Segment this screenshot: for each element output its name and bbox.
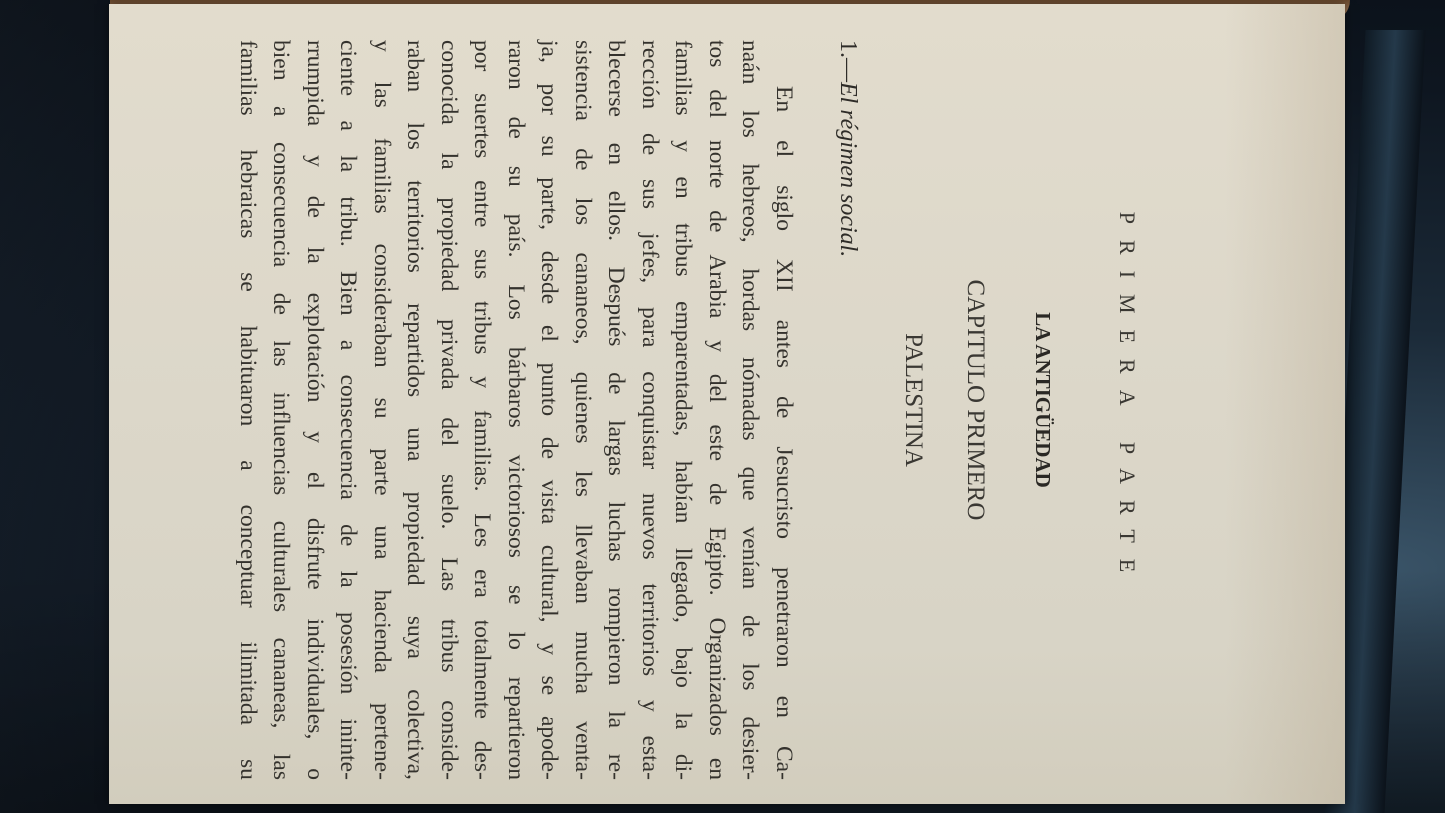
word: venta- <box>566 721 600 780</box>
word: rompieron <box>599 587 633 685</box>
text-line: conocidalapropiedadprivadadelsuelo.Lastr… <box>432 40 466 780</box>
word: o <box>298 768 332 780</box>
word: tribus <box>666 223 700 277</box>
word: desde <box>532 251 566 305</box>
word: y <box>700 340 734 352</box>
word: Los <box>499 285 533 320</box>
word: Después <box>599 267 633 347</box>
text-line: cientealatribu.Bienaconsecuenciadelapose… <box>331 40 365 780</box>
word: a <box>331 340 365 350</box>
word: familias <box>365 138 399 214</box>
word: nuevos <box>633 493 667 560</box>
word: la <box>331 571 365 588</box>
word: país. <box>499 214 533 258</box>
word: del <box>700 374 734 403</box>
word: di- <box>666 754 700 780</box>
word: el <box>767 140 801 157</box>
word: su <box>365 398 399 419</box>
word: ininte- <box>331 719 365 780</box>
word: a <box>231 460 265 470</box>
word: habían <box>666 461 700 524</box>
word: familias <box>231 40 265 116</box>
text-line: reccióndesusjefes,paraconquistarnuevoste… <box>633 40 667 780</box>
word: entre <box>465 180 499 227</box>
word: de <box>599 372 633 394</box>
word: totalmente <box>465 620 499 719</box>
word: Arabia <box>700 254 734 318</box>
text-line: ja,porsuparte,desdeelpuntodevistacultura… <box>532 40 566 780</box>
word: influencias <box>264 392 298 495</box>
text-line: porsuertesentresustribusyfamilias.Lesera… <box>465 40 499 780</box>
word: suya <box>398 616 432 659</box>
word: de <box>733 615 767 637</box>
word: por <box>532 84 566 115</box>
word: llevaban <box>566 524 600 604</box>
word: norte <box>700 140 734 188</box>
word: las <box>365 82 399 108</box>
word: los <box>733 110 767 137</box>
word: los <box>566 198 600 225</box>
word: de <box>298 196 332 218</box>
word: familias. <box>465 410 499 492</box>
word: posesión <box>331 612 365 694</box>
word: y <box>365 40 399 52</box>
word: suertes <box>465 93 499 158</box>
word: ilimitada <box>231 642 265 726</box>
word: Les <box>465 513 499 547</box>
word: desier- <box>733 716 767 779</box>
word: del <box>700 89 734 118</box>
word: Ca- <box>767 746 801 780</box>
word: Bien <box>331 271 365 315</box>
word: los <box>398 122 432 149</box>
word: Organizados <box>700 618 734 736</box>
word: Las <box>432 557 466 591</box>
word: antes <box>767 320 801 368</box>
word: bárbaros <box>499 347 533 428</box>
word: en <box>666 176 700 198</box>
word: En <box>767 86 801 112</box>
word: una <box>398 427 432 461</box>
word: ciente <box>331 40 365 96</box>
word: para <box>633 307 667 347</box>
word: conside- <box>432 700 466 780</box>
word: la <box>599 711 633 728</box>
word: la <box>666 712 700 729</box>
word: cananeos, <box>566 252 600 344</box>
word: por <box>465 40 499 71</box>
subheading-title: El régimen social. <box>835 82 861 257</box>
word: mucha <box>566 631 600 694</box>
subheading-number: 1.— <box>835 40 861 82</box>
word: rección <box>633 40 667 109</box>
word: quienes <box>566 372 600 444</box>
word: de <box>331 524 365 546</box>
word: pertene- <box>365 703 399 780</box>
word: se <box>532 676 566 696</box>
word: tribus <box>465 301 499 355</box>
word: rrumpida <box>298 40 332 126</box>
word: el <box>532 325 566 342</box>
word: las <box>264 340 298 366</box>
word: bajo <box>666 647 700 687</box>
word: repartieron <box>499 677 533 780</box>
word: lo <box>499 632 533 650</box>
word: emparentadas, <box>666 301 700 436</box>
word: tos <box>700 40 734 67</box>
word: en <box>767 696 801 718</box>
word: llegado, <box>666 548 700 623</box>
word: conceptuar <box>231 505 265 608</box>
word: una <box>365 526 399 560</box>
word: explotación <box>298 293 332 403</box>
word: de <box>767 396 801 418</box>
word: de <box>499 117 533 139</box>
word: sus <box>465 249 499 279</box>
word: colectiva, <box>398 689 432 780</box>
word: privada <box>432 319 466 389</box>
section-title: LA ANTIGÜEDAD <box>1030 24 1055 776</box>
word: las <box>264 754 298 780</box>
word: Jesucristo <box>767 446 801 539</box>
word: ellos. <box>599 191 633 241</box>
word: cananeas, <box>264 638 298 729</box>
word: la <box>432 153 466 170</box>
word: de <box>700 210 734 232</box>
word: de <box>633 133 667 155</box>
word: su <box>499 166 533 187</box>
part-title: PRIMERA PARTE <box>1114 24 1140 776</box>
word: su <box>231 759 265 780</box>
word: a <box>264 106 298 116</box>
word: jefes, <box>633 233 667 283</box>
word: de <box>532 437 566 459</box>
word: habituaron <box>231 326 265 427</box>
word: y <box>298 431 332 443</box>
chapter-subtitle: PALESTINA <box>899 24 927 776</box>
word: des- <box>465 741 499 780</box>
text-line: bienaconsecuenciadelasinfluenciascultura… <box>264 40 298 780</box>
word: victoriosos <box>499 455 533 558</box>
word: sus <box>633 179 667 209</box>
word: la <box>331 155 365 172</box>
word: hebreos, <box>733 164 767 243</box>
text-line: familiasyentribusemparentadas,habíanlleg… <box>666 40 700 780</box>
word: hacienda <box>365 589 399 673</box>
word: y <box>666 140 700 152</box>
word: raban <box>398 40 432 92</box>
word: era <box>465 569 499 598</box>
word: este <box>700 425 734 462</box>
word: propiedad <box>398 492 432 586</box>
word: propiedad <box>432 197 466 291</box>
text-line: sistenciadeloscananeos,quieneslesllevaba… <box>566 40 600 780</box>
word: largas <box>599 420 633 476</box>
word: suelo. <box>432 474 466 529</box>
word: consecuencia <box>264 142 298 267</box>
word: raron <box>499 40 533 90</box>
word: que <box>733 467 767 501</box>
word: Egipto. <box>700 527 734 596</box>
word: el <box>298 472 332 489</box>
word: y <box>532 643 566 655</box>
word: consideraban <box>365 244 399 368</box>
word: individuales, <box>298 619 332 740</box>
word: hordas <box>733 269 767 332</box>
word: cultural, <box>532 545 566 623</box>
word: penetraron <box>767 567 801 667</box>
word: vista <box>532 480 566 524</box>
text-line: rrumpidaydelaexplotaciónyeldisfruteindiv… <box>298 40 332 780</box>
book-page: PRIMERA PARTE LA ANTIGÜEDAD CAPITULO PRI… <box>109 4 1345 804</box>
book-page-rotated: PRIMERA PARTE LA ANTIGÜEDAD CAPITULO PRI… <box>109 4 1345 804</box>
chapter-title: CAPITULO PRIMERO <box>961 24 989 776</box>
word: conocida <box>432 40 466 125</box>
word: y <box>465 376 499 388</box>
word: repartidos <box>398 303 432 397</box>
word: luchas <box>599 502 633 562</box>
word: en <box>599 143 633 165</box>
word: de <box>264 293 298 315</box>
word: su <box>532 136 566 157</box>
text-line: tosdelnortedeArabiaydelestedeEgipto.Orga… <box>700 40 734 780</box>
word: XII <box>767 259 801 292</box>
word: apode- <box>532 716 566 780</box>
word: conquistar <box>633 371 667 469</box>
word: blecerse <box>599 40 633 117</box>
text-line: ylasfamiliasconsiderabansuparteunahacien… <box>365 40 399 780</box>
word: de <box>566 148 600 170</box>
word: les <box>566 471 600 497</box>
word: familias <box>666 40 700 116</box>
word: y <box>633 700 667 712</box>
word: tribus <box>432 619 466 673</box>
word: re- <box>599 754 633 780</box>
word: la <box>298 247 332 264</box>
word: parte, <box>532 177 566 230</box>
text-line: naánloshebreos,hordasnómadasqueveníandel… <box>733 40 767 780</box>
word: sistencia <box>566 40 600 121</box>
word: nómadas <box>733 357 767 441</box>
word: del <box>432 417 466 446</box>
word: punto <box>532 363 566 417</box>
text-line: rarondesupaís.Losbárbarosvictoriososselo… <box>499 40 533 780</box>
word: siglo <box>767 185 801 231</box>
subheading: 1.—El régimen social. <box>834 40 861 257</box>
word: se <box>231 272 265 292</box>
word: territorios <box>398 180 432 273</box>
word: culturales <box>264 521 298 612</box>
text-line: EnelsigloXIIantesdeJesucristopenetrarone… <box>767 40 801 780</box>
word: disfrute <box>298 518 332 590</box>
word: parte <box>365 449 399 496</box>
text-line: blecerseenellos.Despuésdelargasluchasrom… <box>599 40 633 780</box>
word: y <box>298 155 332 167</box>
word: a <box>331 120 365 130</box>
text-line: familiashebraicassehabituaronaconceptuar… <box>231 40 265 780</box>
word: de <box>700 483 734 505</box>
word: venían <box>733 526 767 589</box>
word: esta- <box>633 736 667 780</box>
word: se <box>499 585 533 605</box>
word: los <box>733 663 767 690</box>
word: tribu. <box>331 197 365 247</box>
text-line: rabanlosterritoriosrepartidosunapropieda… <box>398 40 432 780</box>
word: ja, <box>532 40 566 63</box>
word: hebraicas <box>231 150 265 239</box>
word: territorios <box>633 583 667 676</box>
body-text: EnelsigloXIIantesdeJesucristopenetrarone… <box>231 40 801 780</box>
word: bien <box>264 40 298 80</box>
word: consecuencia <box>331 375 365 500</box>
word: naán <box>733 40 767 84</box>
word: en <box>700 758 734 780</box>
